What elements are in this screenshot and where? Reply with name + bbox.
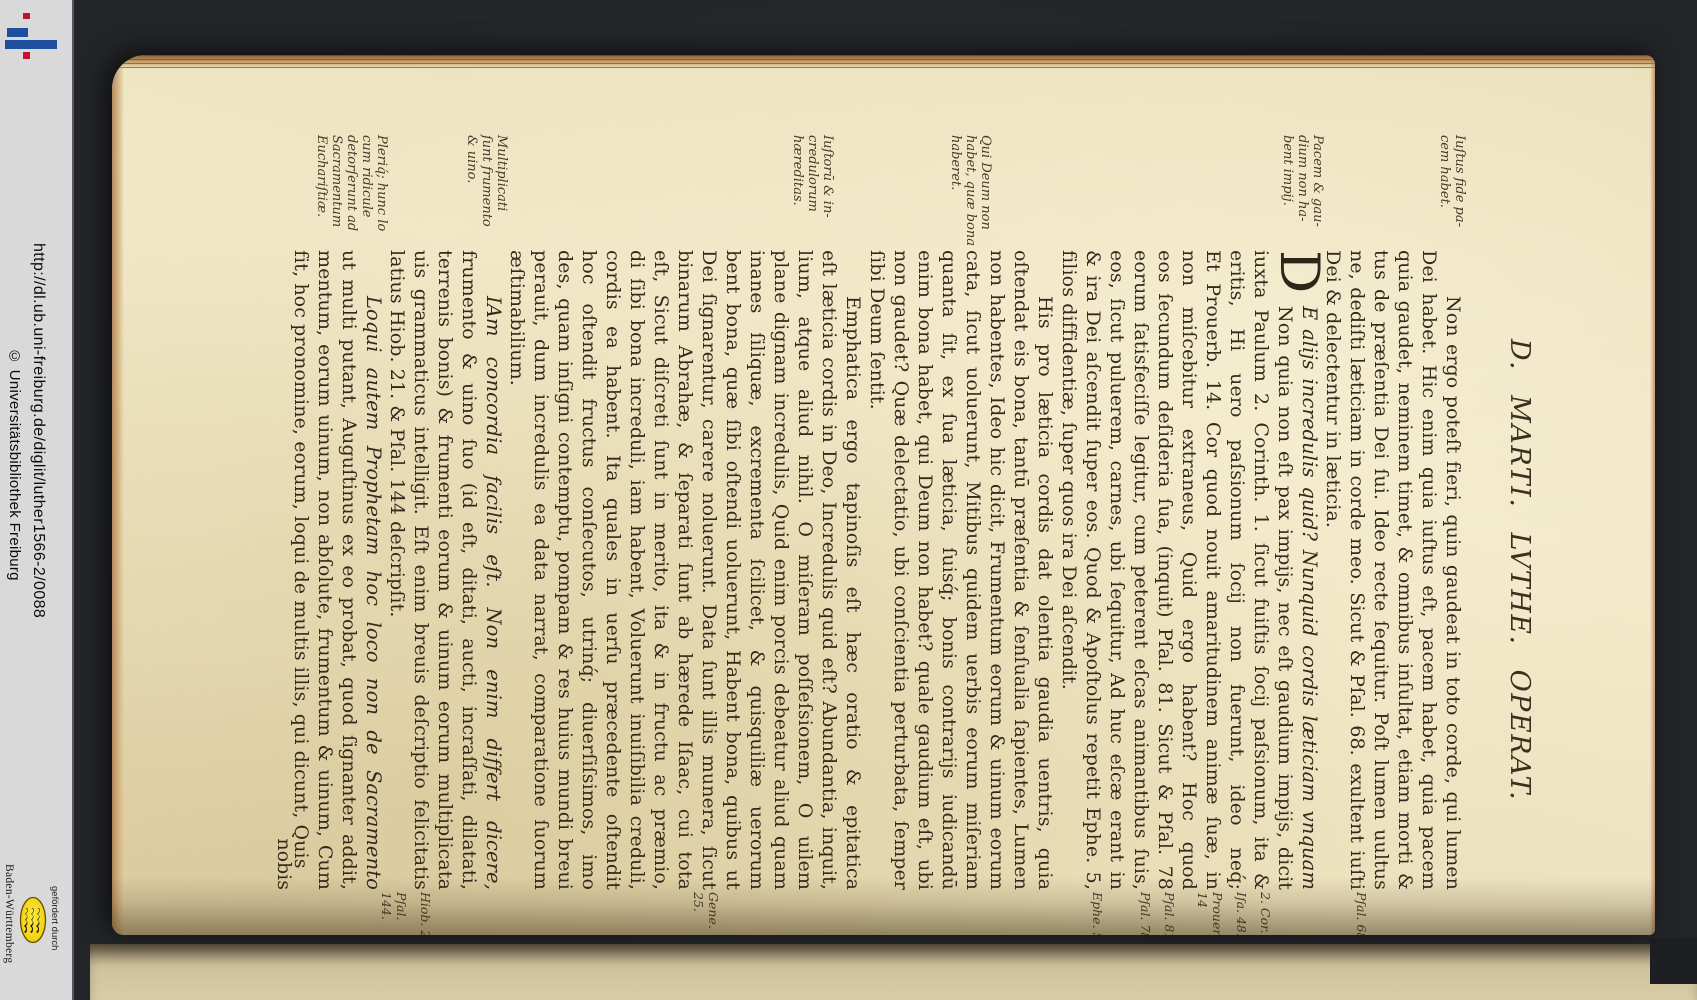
body-line: non miſcebitur extraneus, Quid ergo habe… bbox=[1177, 250, 1201, 890]
body-line: oſtendat eis bona, tantū præſentia & ſen… bbox=[1009, 250, 1033, 890]
sidebar: http://dl.ub.uni-freiburg.de/diglit/luth… bbox=[0, 0, 74, 1000]
body-line: mentum, eorum uinum, non abſolute, frume… bbox=[313, 250, 337, 890]
right-margin-notes: Pſal. 68.2. Cor. 1.Iſa. 48.Prouer. 14Pſa… bbox=[112, 892, 1655, 935]
logo-red-square-top bbox=[23, 13, 30, 19]
body-line: eos ſecundum deſideria ſua, (inquit) Pſa… bbox=[1153, 250, 1177, 890]
body-line: E alijs incredulis quid? Nunquid cordis … bbox=[1297, 250, 1321, 890]
margin-note: Pleriq́; hunc locum ridiculedetorſerunt … bbox=[314, 135, 389, 247]
logo-blue-bar-long bbox=[5, 40, 57, 49]
body-line: eorum ſatisfeciſſe legitur, cum peterent… bbox=[1129, 250, 1153, 890]
body-line: Emphatica ergo tapinoſis eſt hæc oratio … bbox=[841, 250, 865, 890]
ub-freiburg-logo-icon bbox=[0, 0, 72, 66]
body-line: uis grammaticus intelligit. Eſt enim bre… bbox=[409, 250, 433, 890]
facing-page-edge bbox=[90, 944, 1697, 1000]
book-page: D. MARTI. LVTHE. OPERAT. D Non ergo pote… bbox=[112, 55, 1655, 935]
text-block: Non ergo poteſt fieri, quin gaudeat in t… bbox=[289, 250, 1465, 890]
reference-note: Pſal. 81. bbox=[1162, 892, 1177, 935]
body-line: eſt læticia cordis in Deo, Incredulis qu… bbox=[817, 250, 841, 890]
body-line: lium, atque aliud nihil. O miſeram poſſe… bbox=[793, 250, 817, 890]
body-line: ſibi Deum ſentit. bbox=[865, 250, 889, 890]
book-cover-edge bbox=[1650, 938, 1697, 984]
reference-note: Iſa. 48. bbox=[1234, 892, 1249, 935]
reference-note: Pſal. 78. bbox=[1138, 892, 1153, 935]
body-line: tus de præſentia Dei ſui. Ideo recte ſeq… bbox=[1369, 250, 1393, 890]
margin-note: Qui Deum nonhabet, quæ bonahaberet. bbox=[948, 135, 993, 247]
reference-note: 2. Cor. 1. bbox=[1258, 892, 1273, 935]
baden-wuerttemberg-coat-of-arms-icon bbox=[19, 896, 47, 944]
body-line: latius Hiob. 21. & Pſal. 144 deſcripſit. bbox=[385, 250, 409, 890]
body-line: ut multi putant, Auguſtinus ex eo probat… bbox=[337, 250, 361, 890]
body-line: di ſibi bona increduli, iam habent, Volu… bbox=[625, 250, 649, 890]
reference-note: Prouer. 14 bbox=[1195, 892, 1225, 935]
body-line: plane dignam incredulis, Quid enim porci… bbox=[769, 250, 793, 890]
source-url: http://dl.ub.uni-freiburg.de/diglit/luth… bbox=[29, 243, 47, 618]
body-line: non gaudet? Quæ delectatio, ubi conſcien… bbox=[889, 250, 913, 890]
body-line: Non quia non eſt pax impijs, nec eſt gau… bbox=[1273, 250, 1297, 890]
body-line: Dei & delectentur in læticia. bbox=[1321, 250, 1345, 890]
body-line: terrenis bonis) & frumenti eorum & uinum… bbox=[433, 250, 457, 890]
left-margin-notes: Iuſtus fide pa-cem habet.Pacem & gau-diu… bbox=[112, 135, 1655, 247]
body-line: perauit, dum incredulis ea data narrat, … bbox=[529, 250, 553, 890]
body-line: IAm concordia facilis eſt. Non enim diff… bbox=[481, 250, 505, 890]
catchword: nobis bbox=[273, 250, 295, 890]
reference-note: Pſal. 68. bbox=[1354, 892, 1369, 935]
logo-blue-bar-short bbox=[7, 28, 28, 37]
body-line: binarum Abrahæ, & ſeparati ſunt ab hæred… bbox=[673, 250, 697, 890]
body-line: iuxta Paulum 2. Corinth. 1. ſicut fuiſti… bbox=[1249, 250, 1273, 890]
copyright-text: © Universitätsbibliothek Freiburg bbox=[6, 348, 23, 581]
page-title: D. MARTI. LVTHE. OPERAT. bbox=[1503, 250, 1535, 890]
body-line: Et Prouerb. 14. Cor quod nouit amaritudi… bbox=[1201, 250, 1225, 890]
reference-note: Gene. 25. bbox=[691, 892, 721, 935]
reference-note: Ephe. 5. bbox=[1090, 892, 1105, 935]
body-line: cata, ſicut uoluerunt, Mitibus quidem ue… bbox=[961, 250, 985, 890]
body-line: quanta ſit, ex ſua læticia, ſuisq́; boni… bbox=[937, 250, 961, 890]
body-line: hoc oſtendit fructus conſecutos, utrinq́… bbox=[577, 250, 601, 890]
body-line: enim bona habet, qui Deum non habet? qua… bbox=[913, 250, 937, 890]
scan-area: D. MARTI. LVTHE. OPERAT. D Non ergo pote… bbox=[74, 0, 1697, 1000]
body-line: non habentes, Ideo hic dicit, Frumentum … bbox=[985, 250, 1009, 890]
body-line: Dei ſignarentur, carere noluerunt. Data … bbox=[697, 250, 721, 890]
body-line: inanes ſiliquæ, excrementa ſcilicet, & q… bbox=[745, 250, 769, 890]
digitized-book-scan: { "sidebar": { "url": "http://dl.ub.uni-… bbox=[0, 0, 1697, 1000]
margin-note: Iuſtus fide pa-cem habet. bbox=[1437, 135, 1467, 247]
body-line: eſt, Sicut diſcreti ſunt in merito, ita … bbox=[649, 250, 673, 890]
body-line: His pro læticia cordis dat olentia gaudi… bbox=[1033, 250, 1057, 890]
margin-note: Multiplicatiſunt frumento& uino. bbox=[464, 135, 509, 247]
reference-note: Hiob. 21. bbox=[418, 892, 433, 935]
body-line: frumento & uino ſuo (id eſt, ditati, auc… bbox=[457, 250, 481, 890]
reference-note: Pſal. 144. bbox=[379, 892, 409, 935]
body-line: Dei habet. Hic enim quia iuſtus eſt, pac… bbox=[1417, 250, 1441, 890]
funding-label: gefördert durch bbox=[49, 886, 60, 950]
body-line: Non ergo poteſt fieri, quin gaudeat in t… bbox=[1441, 250, 1465, 890]
body-line: æſtimabilium. bbox=[505, 250, 529, 890]
region-label: Baden-Württemberg bbox=[3, 864, 15, 963]
body-line: eos, ſicut puluerem, carnes, ubi ſequitu… bbox=[1105, 250, 1129, 890]
page-surface: D. MARTI. LVTHE. OPERAT. D Non ergo pote… bbox=[112, 55, 1655, 935]
body-line: bent bona, quæ ſibi oſtendi uoluerunt, H… bbox=[721, 250, 745, 890]
margin-note: Pacem & gau-dium non ha-bent impij. bbox=[1280, 135, 1325, 247]
logo-red-square-bottom bbox=[23, 52, 30, 59]
body-line: quia gaudet, neminem timet, & omnibus in… bbox=[1393, 250, 1417, 890]
body-line: filios diffidentiæ, ſuper quos ira Dei a… bbox=[1057, 250, 1081, 890]
body-line: ne, dediſti læticiam in corde meo. Sicut… bbox=[1345, 250, 1369, 890]
body-line: cordis ea habent. Ita quales in uerſu pr… bbox=[601, 250, 625, 890]
body-line: & ira Dei aſcendit ſuper eos. Quod & Apo… bbox=[1081, 250, 1105, 890]
body-line: eritis, Hi uero paſsionum ſocij non fuer… bbox=[1225, 250, 1249, 890]
margin-note: Iuſtorū & in-credulorumhæreditas. bbox=[790, 135, 835, 247]
body-line: des, quam inſigni contemptu, pompam & re… bbox=[553, 250, 577, 890]
body-line: Loqui autem Prophetam hoc loco non de Sa… bbox=[361, 250, 385, 890]
